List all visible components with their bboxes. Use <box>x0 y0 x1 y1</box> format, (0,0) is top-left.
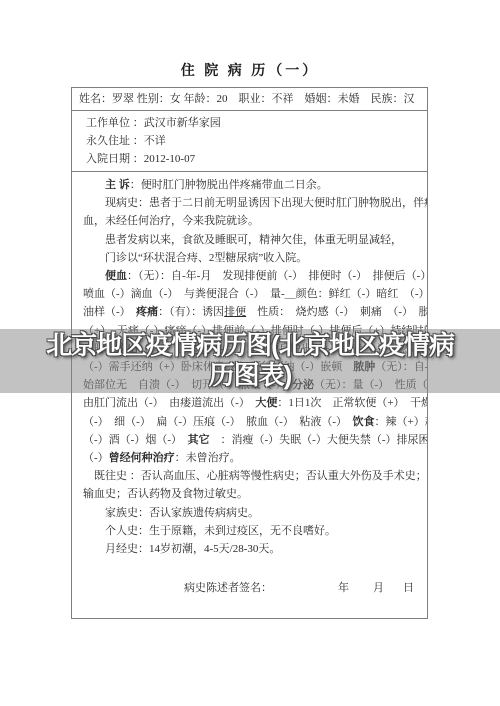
field-text: ：辣（+）蒜 <box>374 416 427 428</box>
field-text: 由肛门流出（-） 由瘘道流出（-） <box>83 397 255 409</box>
signature-month-label: 月 <box>373 580 384 596</box>
text-line: （-） 细（-） 扁（-）压痕（-） 脓血（-） 粘液（-） 饮食：辣（+）蒜 <box>83 413 419 431</box>
field-text: 现病史：患者于二日前无明显诱因下出现大便时肛门肿物脱出，伴疼痛带 <box>83 197 427 209</box>
field-text: 个人史：生于原籍，未到过疫区，无不良嗜好。 <box>83 525 336 537</box>
text-line: 北京地区疫情病历图(北京地区疫情病 <box>0 330 500 360</box>
text-line: 既往史 ：否认高血压、心脏病等慢性病史；否认重大外伤及手术史；否认 <box>83 467 419 485</box>
field-text: 患者发病以来，食欲及睡眠可，精神欠佳，体重无明显减轻， <box>83 234 402 246</box>
field-label: 大便 <box>255 397 277 409</box>
page-title: 住 院 病 历（一） <box>0 60 500 80</box>
admission-info-section: 工作单位 ：武汉市新华家园永久住址 ：不详入院日期 ：2012-10-07 <box>72 111 427 172</box>
signature-label: 病史陈述者签名： <box>184 580 272 596</box>
text-line: 患者发病以来，食欲及睡眠可，精神欠佳，体重无明显减轻， <box>83 231 419 249</box>
field-text: ：1日1次 正常软便（+） 干燥 <box>277 397 427 409</box>
signature-day-label: 日 <box>403 580 414 596</box>
field-label: 疼痛 <box>136 306 158 318</box>
text-line: 入院日期 ：2012-10-07 <box>86 150 421 168</box>
field-text: ：消瘦（-）失眠（-）大便失禁（-）排尿困难 <box>210 434 428 446</box>
field-text: （-） 细（-） 扁（-）压痕（-） 脓血（-） 粘液（-） <box>83 416 352 428</box>
field-text <box>83 179 105 191</box>
text-line: 工作单位 ：武汉市新华家园 <box>86 114 421 132</box>
field-text: （-）酒（-）烟（-） <box>83 434 188 446</box>
text-line: 喷血（-）滴血（-） 与粪便混合（-） 量-＿颜色：鲜红（-）暗红 （-）柏 <box>83 285 419 303</box>
text-line: （-）酒（-）烟（-） 其它 ：消瘦（-）失眠（-）大便失禁（-）排尿困难 <box>83 431 419 449</box>
field-text: 血，未经任何治疗，今来我院就诊。 <box>83 215 259 227</box>
text-line: 血，未经任何治疗，今来我院就诊。 <box>83 212 419 230</box>
text-line: 主 诉：便时肛门肿物脱出伴疼痛带血二日余。 <box>83 176 419 194</box>
field-text <box>83 270 105 282</box>
text-line: 输血史；否认药物及食物过敏史。 <box>83 485 419 503</box>
text-line: 油样（-） 疼痛：（有）：诱因排便 性质： 烧灼感（-） 刺痛 （-） 胀痛 <box>83 303 419 321</box>
patient-info-row: 姓名：罗翠 性别：女 年龄：20 职业：不祥 婚姻：未婚 民族：汉 <box>72 88 427 111</box>
field-text: ：（无）：自-年-月 发现排便前（-） 排便时（-） 排便后（-） <box>127 270 427 282</box>
text-line: （-）曾经何种治疗：未曾治疗。 <box>83 449 419 467</box>
text-line: 个人史：生于原籍，未到过疫区，无不良嗜好。 <box>83 522 419 540</box>
field-text: 油样（-） <box>83 306 136 318</box>
field-text: ：未曾治疗。 <box>175 452 241 464</box>
field-text: 喷血（-）滴血（-） 与粪便混合（-） 量-＿颜色：鲜红（-）暗红 （-）柏 <box>83 288 427 300</box>
text-line: 由肛门流出（-） 由瘘道流出（-） 大便：1日1次 正常软便（+） 干燥 <box>83 394 419 412</box>
field-text: 月经史：14岁初潮，4-5天/28-30天。 <box>83 543 280 555</box>
field-text: 家族史：否认家族遗传病病史。 <box>83 507 259 519</box>
field-text: 门诊以“环状混合痔、2型糖尿病”收入院。 <box>83 252 307 264</box>
signature-year-label: 年 <box>338 580 349 596</box>
field-label: 主 诉 <box>105 179 130 191</box>
text-line: 现病史：患者于二日前无明显诱因下出现大便时肛门肿物脱出，伴疼痛带 <box>83 194 419 212</box>
text-line: 月经史：14岁初潮，4-5天/28-30天。 <box>83 540 419 558</box>
text-line: 永久住址 ：不详 <box>86 132 421 150</box>
text-line: 便血：（无）：自-年-月 发现排便前（-） 排便时（-） 排便后（-） <box>83 267 419 285</box>
field-text: 既往史 ：否认高血压、心脏病等慢性病史；否认重大外伤及手术史；否认 <box>83 470 427 482</box>
field-label: 便血 <box>105 270 127 282</box>
medical-record-page: 住 院 病 历（一） 姓名：罗翠 性别：女 年龄：20 职业：不祥 婚姻：未婚 … <box>0 0 500 706</box>
field-label: 曾经何种治疗 <box>109 452 175 464</box>
watermark-overlay: 北京地区疫情病历图(北京地区疫情病历图表) <box>0 329 500 393</box>
field-text: 排便 <box>224 306 246 318</box>
field-text: 性质： 烧灼感（-） 刺痛 （-） 胀痛 <box>246 306 427 318</box>
field-text: ：（有）：诱因 <box>158 306 224 318</box>
text-line: 家族史：否认家族遗传病病史。 <box>83 504 419 522</box>
field-text: 输血史；否认药物及食物过敏史。 <box>83 488 248 500</box>
field-label: 其它 <box>188 434 210 446</box>
field-text: ：便时肛门肿物脱出伴疼痛带血二日余。 <box>130 179 328 191</box>
field-label: 饮食 <box>352 416 374 428</box>
text-line: 门诊以“环状混合痔、2型糖尿病”收入院。 <box>83 249 419 267</box>
text-line: 历图表) <box>0 360 500 390</box>
signature-row: 病史陈述者签名： 年 月 日 <box>72 580 427 600</box>
field-text: （-） <box>83 452 109 464</box>
